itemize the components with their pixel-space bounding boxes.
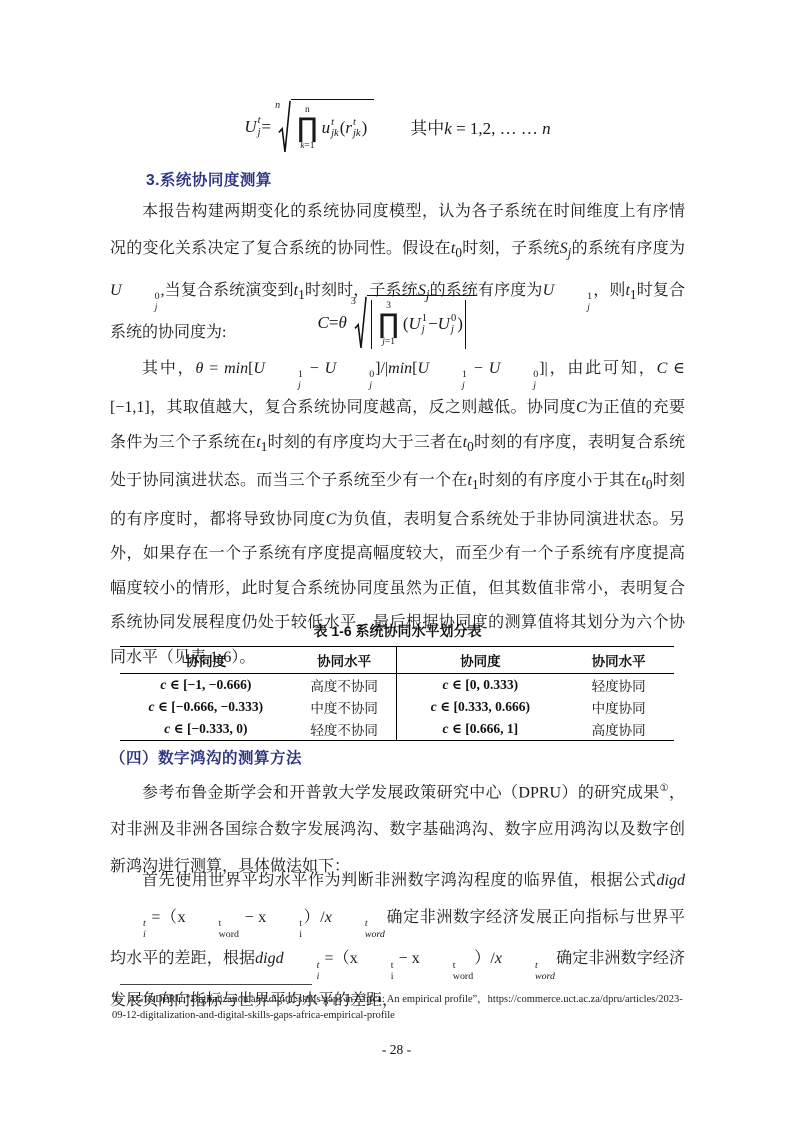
table-header-synergy-level-left: 协同水平 [292,647,397,674]
heading-system-synergy: 3.系统协同度测算 [146,168,272,190]
table-cell-level: 中度不协同 [292,696,397,718]
formula-ordering-degree: Utj = nn∏k=1utjk(rtjk)其中k = 1,2, … … n [110,84,685,170]
footnote-text: AGI&DPRU,“Digitalization and digital ski… [112,994,683,1021]
table-cell-level: 高度协同 [563,718,674,741]
table-cell-interval: c ∈ [0, 0.333) [397,674,563,697]
footnote: ①AGI&DPRU,“Digitalization and digital sk… [112,992,690,1024]
table-row: c ∈ [−0.666, −0.333) 中度不协同 c ∈ [0.333, 0… [120,696,674,718]
formula-synergy-degree-math: C = θ 33∏j=1(U1j − U0j) [318,295,478,351]
table-row: c ∈ [−0.333, 0) 轻度不协同 c ∈ [0.666, 1] 高度协… [120,718,674,741]
table-cell-interval: c ∈ [−1, −0.666) [120,674,292,697]
table-cell-level: 高度不协同 [292,674,397,697]
heading-digital-divide-method: （四）数字鸿沟的测算方法 [110,746,302,768]
formula-synergy-degree: C = θ 33∏j=1(U1j − U0j) [110,290,685,356]
table-header-row: 协同度 协同水平 协同度 协同水平 [120,647,674,674]
footnote-marker: ① [112,994,121,1005]
table-title: 表 1-6 系统协同水平划分表 [110,621,685,641]
formula-ordering-degree-math: Utj = nn∏k=1utjk(rtjk)其中k = 1,2, … … n [244,99,550,155]
table-cell-level: 轻度协同 [563,674,674,697]
table-cell-level: 中度协同 [563,696,674,718]
document-page: Utj = nn∏k=1utjk(rtjk)其中k = 1,2, … … n 3… [0,0,793,1122]
table-cell-interval: c ∈ [−0.666, −0.333) [120,696,292,718]
table-cell-level: 轻度不协同 [292,718,397,741]
table-header-synergy-level-right: 协同水平 [563,647,674,674]
table-row: c ∈ [−1, −0.666) 高度不协同 c ∈ [0, 0.333) 轻度… [120,674,674,697]
table-cell-interval: c ∈ [0.333, 0.666) [397,696,563,718]
page-number: - 28 - [0,1042,793,1058]
table-cell-interval: c ∈ [−0.333, 0) [120,718,292,741]
table-header-synergy-degree-left: 协同度 [120,647,292,674]
table-header-synergy-degree-right: 协同度 [397,647,563,674]
footnote-separator [120,984,312,985]
table-cell-interval: c ∈ [0.666, 1] [397,718,563,741]
synergy-level-table: 协同度 协同水平 协同度 协同水平 c ∈ [−1, −0.666) 高度不协同… [120,646,674,741]
